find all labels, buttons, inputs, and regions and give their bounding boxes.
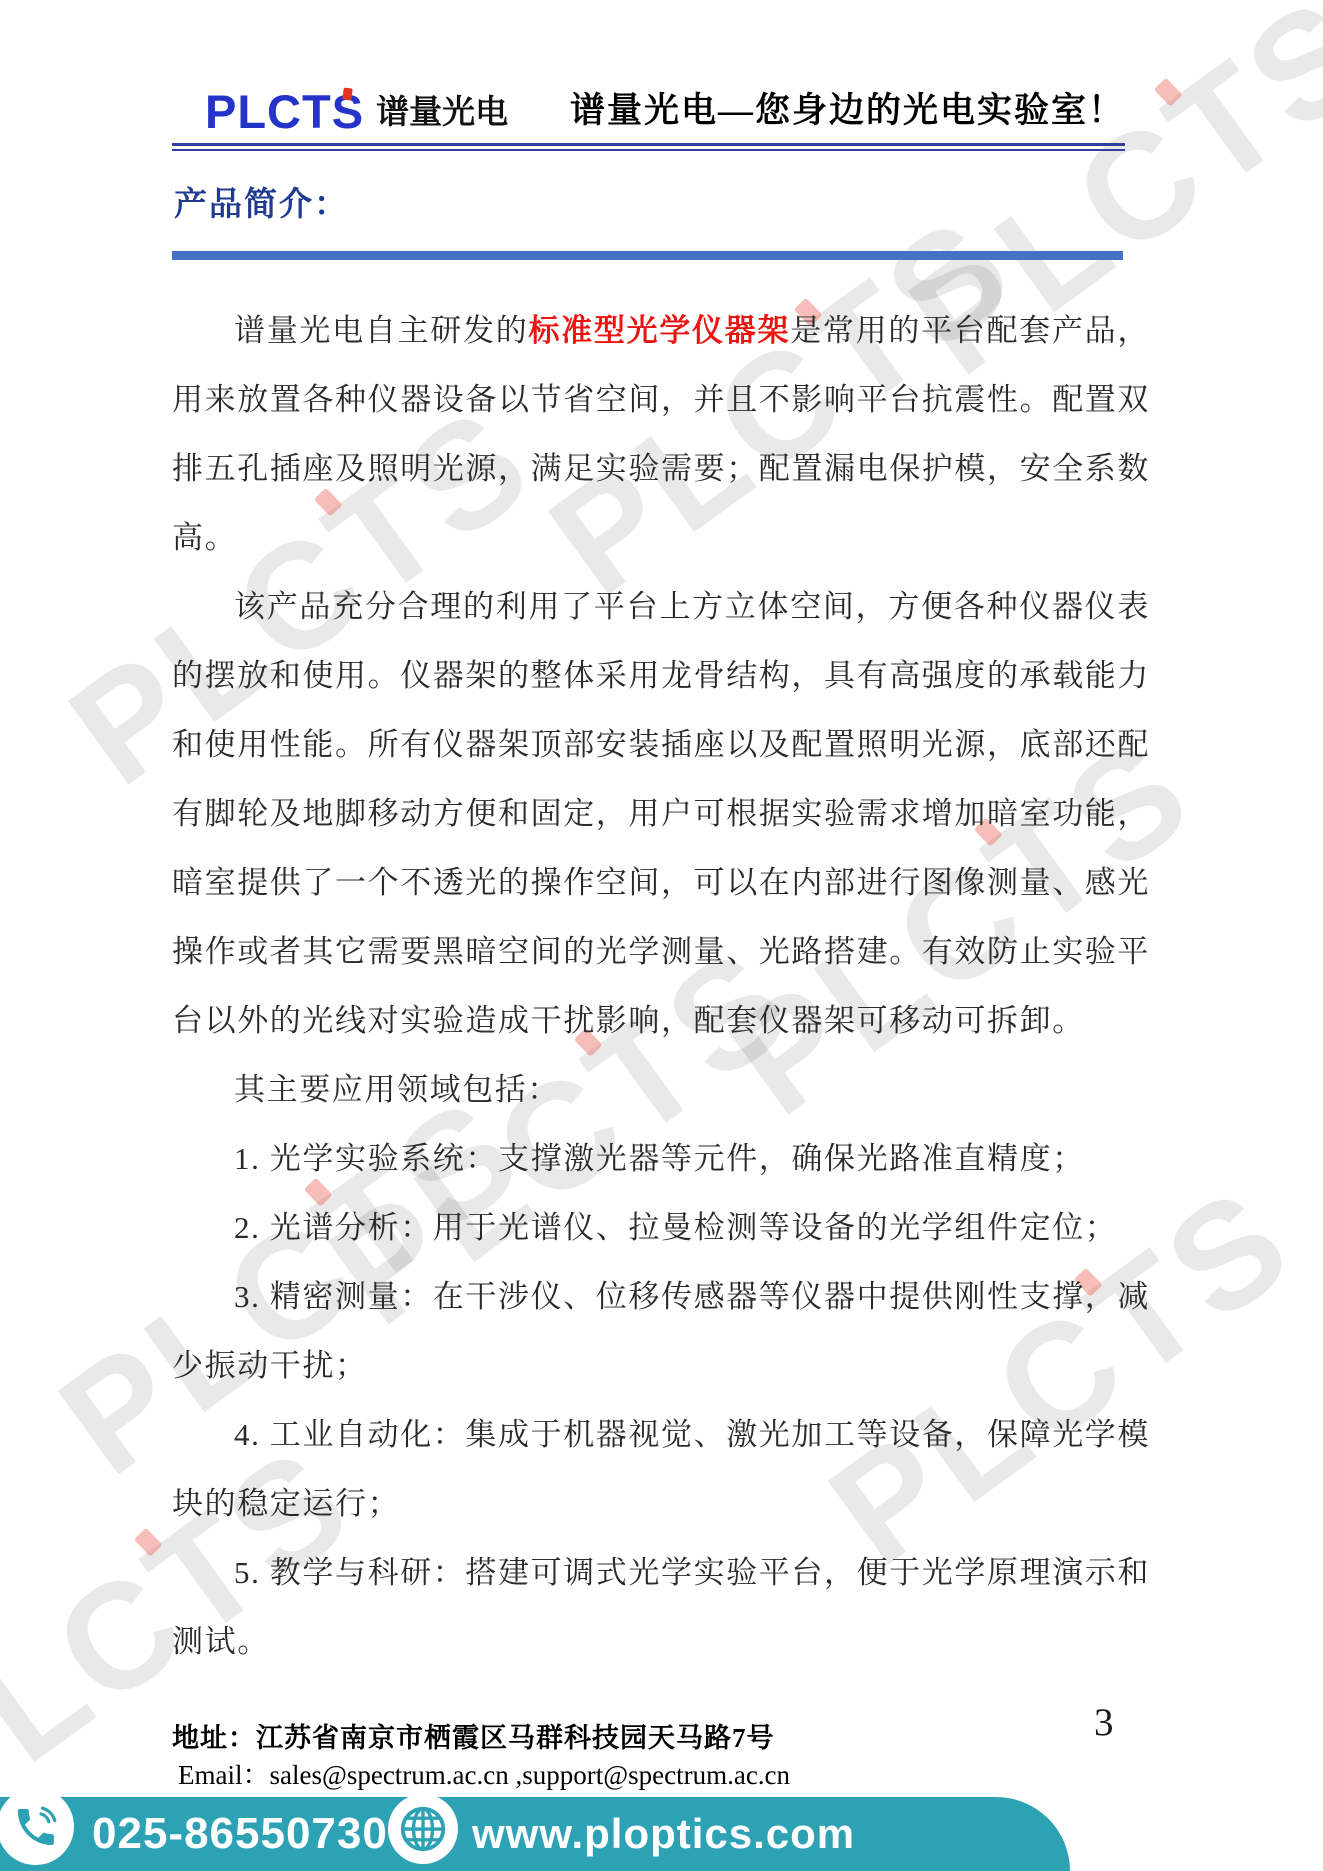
- body-text: 谱量光电自主研发的标准型光学仪器架是常用的平台配套产品， 用来放置各种仪器设备以…: [172, 296, 1150, 1676]
- paragraph-line: 该产品充分合理的利用了平台上方立体空间，方便各种仪器仪表: [172, 572, 1150, 641]
- company-logo: PLCTS 谱量光电: [205, 88, 508, 135]
- contact-phone-number: 025-86550730: [92, 1797, 388, 1871]
- list-item-line: 4. 工业自动化：集成于机器视觉、激光加工等设备，保障光学模: [172, 1400, 1150, 1469]
- page-header: PLCTS 谱量光电 谱量光电—您身边的光电实验室！: [172, 86, 1125, 144]
- footer-address: 地址：江苏省南京市栖霞区马群科技园天马路7号: [172, 1716, 775, 1755]
- phone-icon: [0, 1788, 74, 1865]
- paragraph-line: 其主要应用领域包括：: [172, 1055, 1150, 1124]
- header-divider: [172, 143, 1125, 151]
- paragraph-line: 操作或者其它需要黑暗空间的光学测量、光路搭建。有效防止实验平: [172, 917, 1150, 986]
- paragraph-line: 高。: [172, 503, 1150, 572]
- logo-wordmark: PLCTS: [205, 88, 364, 135]
- body-text-run: 是常用的平台配套产品，: [790, 313, 1150, 348]
- page-number: 3: [1094, 1700, 1114, 1745]
- title-underline: [172, 251, 1123, 260]
- paragraph-line: 有脚轮及地脚移动方便和固定，用户可根据实验需求增加暗室功能，: [172, 779, 1150, 848]
- paragraph-line: 的摆放和使用。仪器架的整体采用龙骨结构，具有高强度的承载能力: [172, 641, 1150, 710]
- list-item-line: 5. 教学与科研：搭建可调式光学实验平台，便于光学原理演示和: [172, 1538, 1150, 1607]
- paragraph-line: 和使用性能。所有仪器架顶部安装插座以及配置照明光源，底部还配: [172, 710, 1150, 779]
- document-page: PLCTS PLCTS PLCTS PLCTS PLCTS PLCTS PLCT…: [0, 0, 1323, 1871]
- globe-icon: [388, 1794, 458, 1864]
- paragraph-line: 谱量光电自主研发的标准型光学仪器架是常用的平台配套产品，: [172, 296, 1150, 365]
- footer-email: Email：sales@spectrum.ac.cn ,support@spec…: [178, 1753, 790, 1792]
- list-item-line: 少振动干扰；: [172, 1331, 1150, 1400]
- globe-icon-glyph: [396, 1802, 450, 1856]
- logo-chinese-name: 谱量光电: [376, 95, 508, 128]
- highlighted-product-name: 标准型光学仪器架: [528, 313, 790, 348]
- list-item-line: 1. 光学实验系统：支撑激光器等元件，确保光路准直精度；: [172, 1124, 1150, 1193]
- contact-website: www.ploptics.com: [472, 1797, 855, 1871]
- phone-icon-glyph: [12, 1803, 60, 1851]
- header-tagline: 谱量光电—您身边的光电实验室！: [570, 90, 1125, 132]
- body-text-run: 谱量光电自主研发的: [234, 313, 528, 348]
- list-item-line: 3. 精密测量：在干涉仪、位移传感器等仪器中提供刚性支撑，减: [172, 1262, 1150, 1331]
- section-title: 产品简介：: [174, 178, 349, 225]
- paragraph-line: 台以外的光线对实验造成干扰影响，配套仪器架可移动可拆卸。: [172, 986, 1150, 1055]
- paragraph-line: 用来放置各种仪器设备以节省空间，并且不影响平台抗震性。配置双: [172, 365, 1150, 434]
- list-item-line: 块的稳定运行；: [172, 1469, 1150, 1538]
- logo-red-tick-icon: [342, 87, 353, 100]
- paragraph-line: 排五孔插座及照明光源，满足实验需要；配置漏电保护模，安全系数: [172, 434, 1150, 503]
- paragraph-line: 暗室提供了一个不透光的操作空间，可以在内部进行图像测量、感光: [172, 848, 1150, 917]
- list-item-line: 2. 光谱分析：用于光谱仪、拉曼检测等设备的光学组件定位；: [172, 1193, 1150, 1262]
- list-item-line: 测试。: [172, 1607, 1150, 1676]
